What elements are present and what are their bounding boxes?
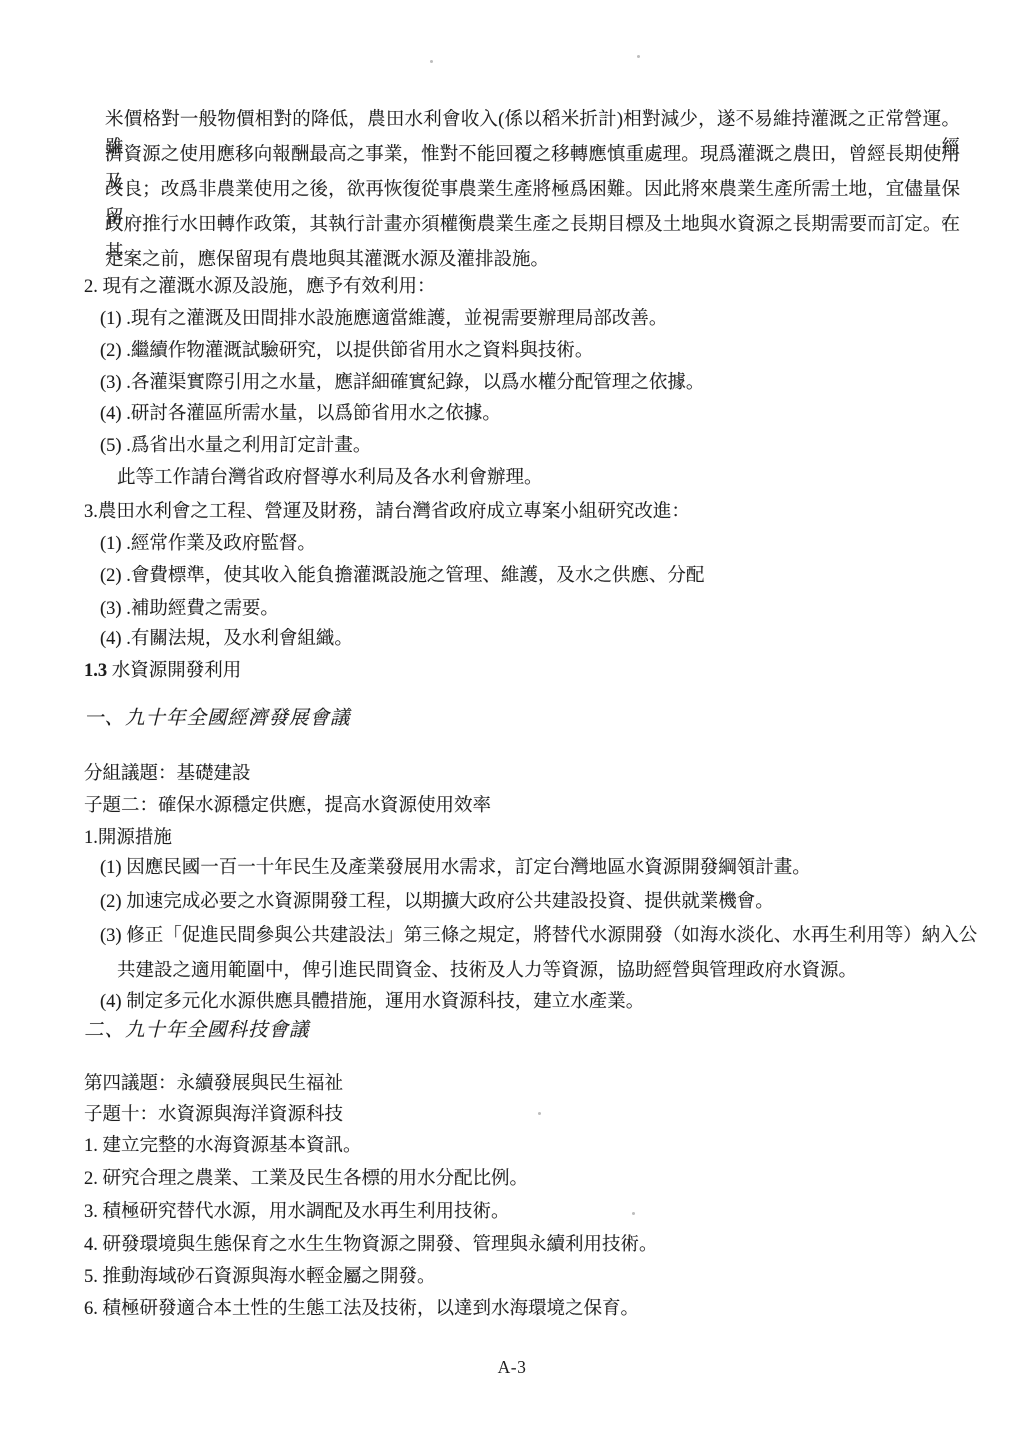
heading-title: 水資源開發利用 (112, 661, 242, 681)
scan-speck (637, 55, 640, 58)
list-item: 3. 積極研究替代水源，用水調配及水再生利用技術。 (84, 1198, 510, 1226)
list-item: 6. 積極研發適合本土性的生態工法及技術，以達到水海環境之保育。 (84, 1295, 639, 1323)
page-number: A-3 (0, 1353, 1024, 1381)
topic-line: 子題二：確保水源穩定供應，提高水資源使用效率 (84, 792, 491, 820)
scan-speck (430, 60, 433, 63)
section-heading: 2. 現有之灌溉水源及設施，應予有效利用： (84, 273, 436, 301)
list-item: (4) .研討各灌區所需水量，以爲節省用水之依據。 (100, 400, 501, 428)
list-item: (1) 因應民國一百一十年民生及產業發展用水需求，訂定台灣地區水資源開發綱領計畫… (100, 854, 811, 882)
list-item: (4) 制定多元化水源供應具體措施，運用水資源科技，建立水產業。 (100, 988, 644, 1016)
list-item: (2) 加速完成必要之水資源開發工程，以期擴大政府公共建設投資、提供就業機會。 (100, 888, 774, 916)
meeting-heading: 二、九十年全國科技會議 (84, 1017, 310, 1045)
list-item: (3) .補助經費之需要。 (100, 595, 279, 623)
heading-number: 1.3 (84, 661, 107, 681)
list-item-continuation: 共建設之適用範圍中，俾引進民間資金、技術及人力等資源，協助經營與管理政府水資源。 (117, 957, 857, 985)
list-item: (4) .有關法規，及水利會組織。 (100, 625, 353, 653)
list-item: 4. 研發環境與生態保育之水生生物資源之開發、管理與永續利用技術。 (84, 1231, 658, 1259)
list-item: (5) .爲省出水量之利用訂定計畫。 (100, 432, 371, 460)
topic-line: 1.開源措施 (84, 824, 172, 852)
list-item: 1. 建立完整的水海資源基本資訊。 (84, 1132, 362, 1160)
section-heading: 3.農田水利會之工程、營運及財務，請台灣省政府成立專案小組研究改進： (84, 498, 690, 526)
topic-line: 分組議題：基礎建設 (84, 760, 251, 788)
list-item: (1) .經常作業及政府監督。 (100, 530, 316, 558)
list-item: (3) 修正「促進民間參與公共建設法」第三條之規定，將替代水源開發（如海水淡化、… (100, 922, 977, 950)
topic-line: 第四議題：永續發展與民生福祉 (84, 1070, 343, 1098)
topic-line: 子題十：水資源與海洋資源科技 (84, 1101, 343, 1129)
list-item: (1) .現有之灌溉及田間排水設施應適當維護，並視需要辦理局部改善。 (100, 305, 667, 333)
body-line: 定案之前，應保留現有農地與其灌溉水源及灌排設施。 (105, 246, 549, 274)
list-item: 5. 推動海域砂石資源與海水輕金屬之開發。 (84, 1263, 436, 1291)
scan-speck (632, 1212, 635, 1215)
scan-speck (538, 1112, 541, 1115)
numbered-heading: 1.3 水資源開發利用 (84, 657, 241, 685)
list-item: (2) .繼續作物灌溉試驗研究，以提供節省用水之資料與技術。 (100, 337, 593, 365)
document-page: 米價格對一般物價相對的降低，農田水利會收入(係以稻米折計)相對減少，遂不易維持灌… (0, 0, 1024, 1450)
meeting-heading: 一、九十年全國經濟發展會議 (84, 705, 351, 733)
note-line: 此等工作請台灣省政府督導水利局及各水利會辦理。 (117, 464, 543, 492)
list-item: (3) .各灌渠實際引用之水量，應詳細確實紀錄，以爲水權分配管理之依據。 (100, 369, 704, 397)
list-item: (2) .會費標準，使其收入能負擔灌溉設施之管理、維護，及水之供應、分配 (100, 562, 704, 590)
list-item: 2. 研究合理之農業、工業及民生各標的用水分配比例。 (84, 1165, 528, 1193)
